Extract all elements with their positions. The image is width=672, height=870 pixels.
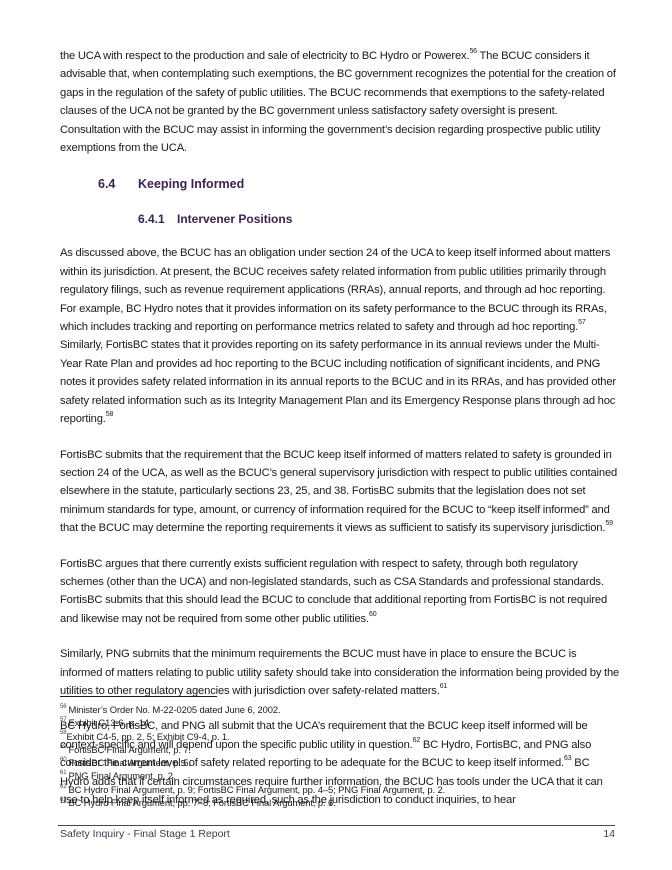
footer-page-number: 14 bbox=[603, 828, 615, 840]
footnote-56: 56Minister’s Order No. M-22-0205 dated J… bbox=[60, 703, 620, 716]
subsection-heading-6-4-1: 6.4.1 Intervener Positions bbox=[60, 209, 620, 229]
footnote-61: 61PNG Final Argument, p. 2. bbox=[60, 769, 620, 782]
footer-separator bbox=[58, 825, 615, 826]
footnote-63: 63BC Hydro Final Argument, pp. 7–8; Fort… bbox=[60, 796, 620, 809]
footnote-text: FortisBC Final Argument, p. 5. bbox=[68, 757, 191, 768]
footnote-text: PNG Final Argument, p. 2. bbox=[68, 770, 175, 781]
paragraph-text: Similarly, FortisBC states that it provi… bbox=[60, 339, 616, 425]
paragraph-text: As discussed above, the BCUC has an obli… bbox=[60, 247, 610, 333]
footnote-59: 59FortisBC Final Argument, p. 7. bbox=[60, 743, 620, 756]
footnote-text: FortisBC Final Argument, p. 7. bbox=[68, 744, 191, 755]
footnote-text: BC Hydro Final Argument, pp. 7–8; Fortis… bbox=[68, 797, 335, 808]
paragraph-text: the UCA with respect to the production a… bbox=[60, 50, 469, 62]
footnote-ref-56[interactable]: 56 bbox=[469, 48, 477, 55]
footnote-separator bbox=[60, 696, 217, 697]
paragraph-text: FortisBC argues that there currently exi… bbox=[60, 558, 607, 625]
footnote-58: 58Exhibit C4-5, pp. 2, 5; Exhibit C9-4, … bbox=[60, 730, 620, 743]
footnote-text: BC Hydro Final Argument, p. 9; FortisBC … bbox=[68, 784, 445, 795]
footnote-number: 59 bbox=[60, 744, 66, 750]
section-heading-6-4: 6.4 Keeping Informed bbox=[60, 174, 620, 194]
footnote-60: 60FortisBC Final Argument, p. 5. bbox=[60, 756, 620, 769]
footnote-ref-59[interactable]: 59 bbox=[605, 520, 613, 527]
paragraph-uca-exemptions: the UCA with respect to the production a… bbox=[60, 47, 620, 157]
paragraph-png-submits: Similarly, PNG submits that the minimum … bbox=[60, 645, 620, 700]
footnote-text: Exhibit C4-5, pp. 2, 5; Exhibit C9-4, p.… bbox=[66, 731, 229, 742]
footnote-text: Minister’s Order No. M-22-0205 dated Jun… bbox=[68, 704, 280, 715]
footnote-ref-57[interactable]: 57 bbox=[578, 319, 586, 326]
footnote-number: 60 bbox=[60, 757, 66, 763]
page-footer: Safety Inquiry - Final Stage 1 Report 14 bbox=[60, 828, 615, 840]
footnote-ref-60[interactable]: 60 bbox=[369, 611, 377, 618]
footnote-number: 63 bbox=[60, 797, 66, 803]
paragraph-text: Similarly, PNG submits that the minimum … bbox=[60, 648, 619, 697]
subsection-number: 6.4.1 bbox=[138, 212, 177, 226]
paragraph-text: FortisBC submits that the requirement th… bbox=[60, 449, 617, 535]
footnote-number: 56 bbox=[60, 704, 66, 710]
footnote-number: 58 bbox=[60, 730, 66, 736]
footnote-number: 62 bbox=[60, 784, 66, 790]
section-number: 6.4 bbox=[98, 177, 138, 191]
footnotes: 56Minister’s Order No. M-22-0205 dated J… bbox=[60, 703, 620, 809]
paragraph-text: The BCUC considers it advisable that, wh… bbox=[60, 50, 616, 154]
footnote-62: 62BC Hydro Final Argument, p. 9; FortisB… bbox=[60, 783, 620, 796]
footnote-number: 61 bbox=[60, 770, 66, 776]
footer-document-title: Safety Inquiry - Final Stage 1 Report bbox=[60, 828, 230, 840]
footnote-ref-61[interactable]: 61 bbox=[440, 683, 448, 690]
footnote-number: 57 bbox=[60, 717, 66, 723]
section-title: Keeping Informed bbox=[138, 177, 244, 191]
paragraph-fortisbc-requirement: FortisBC submits that the requirement th… bbox=[60, 446, 620, 538]
paragraph-obligation: As discussed above, the BCUC has an obli… bbox=[60, 244, 620, 428]
footnote-57: 57Exhibit C13-6, p. 14. bbox=[60, 716, 620, 729]
paragraph-fortisbc-argues: FortisBC argues that there currently exi… bbox=[60, 555, 620, 629]
subsection-title: Intervener Positions bbox=[177, 212, 292, 226]
footnote-ref-58[interactable]: 58 bbox=[106, 411, 114, 418]
footnote-text: Exhibit C13-6, p. 14. bbox=[68, 717, 151, 728]
